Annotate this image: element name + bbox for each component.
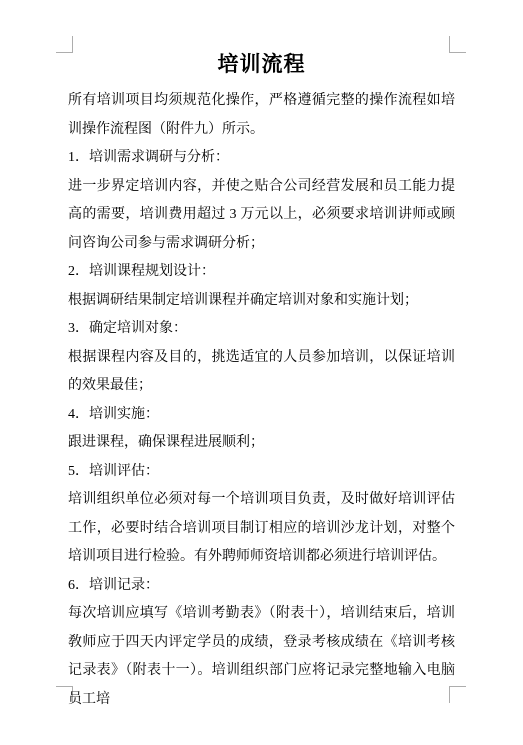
paragraph-item-1-body[interactable]: 进一步界定培训内容，并使之贴合公司经营发展和员工能力提高的需要，培训费用超过 3… [68,173,455,259]
paragraph-item-6-body[interactable]: 每次培训应填写《培训考勤表》（附表十），培训结束后，培训敎师应于四天内评定学员的… [68,600,455,714]
paragraph-item-6-heading[interactable]: 6．培训记录： [68,572,455,601]
paragraph-item-5-heading[interactable]: 5．培训评估： [68,458,455,487]
paragraph-item-2-heading[interactable]: 2．培训课程规划设计： [68,258,455,287]
document-text-area[interactable]: 培训流程 所有培训项目均须规范化操作，严格遵循完整的操作流程如培训操作流程图（附… [68,51,455,714]
paragraph-item-4-body[interactable]: 跟进课程，确保课程进展顺利； [68,429,455,458]
document-title[interactable]: 培训流程 [68,51,455,78]
paragraph-item-2-body[interactable]: 根据调研结果制定培训课程并确定培训对象和实施计划； [68,287,455,316]
paragraph-item-5-body[interactable]: 培训组织单位必须对每一个培训项目负责，及时做好培训评估工作，必要时结合培训项目制… [68,486,455,572]
paragraph-item-4-heading[interactable]: 4．培训实施： [68,401,455,430]
paragraph-item-3-heading[interactable]: 3．确定培训对象： [68,315,455,344]
paragraph-item-3-body[interactable]: 根据课程内容及目的，挑选适宜的人员参加培训，以保证培训的效果最佳； [68,344,455,401]
paragraph-item-1-heading[interactable]: 1．培训需求调研与分析： [68,144,455,173]
paragraph-intro[interactable]: 所有培训项目均须规范化操作，严格遵循完整的操作流程如培训操作流程图（附件九）所示… [68,87,455,144]
document-page: 培训流程 所有培训项目均须规范化操作，严格遵循完整的操作流程如培训操作流程图（附… [0,0,523,745]
